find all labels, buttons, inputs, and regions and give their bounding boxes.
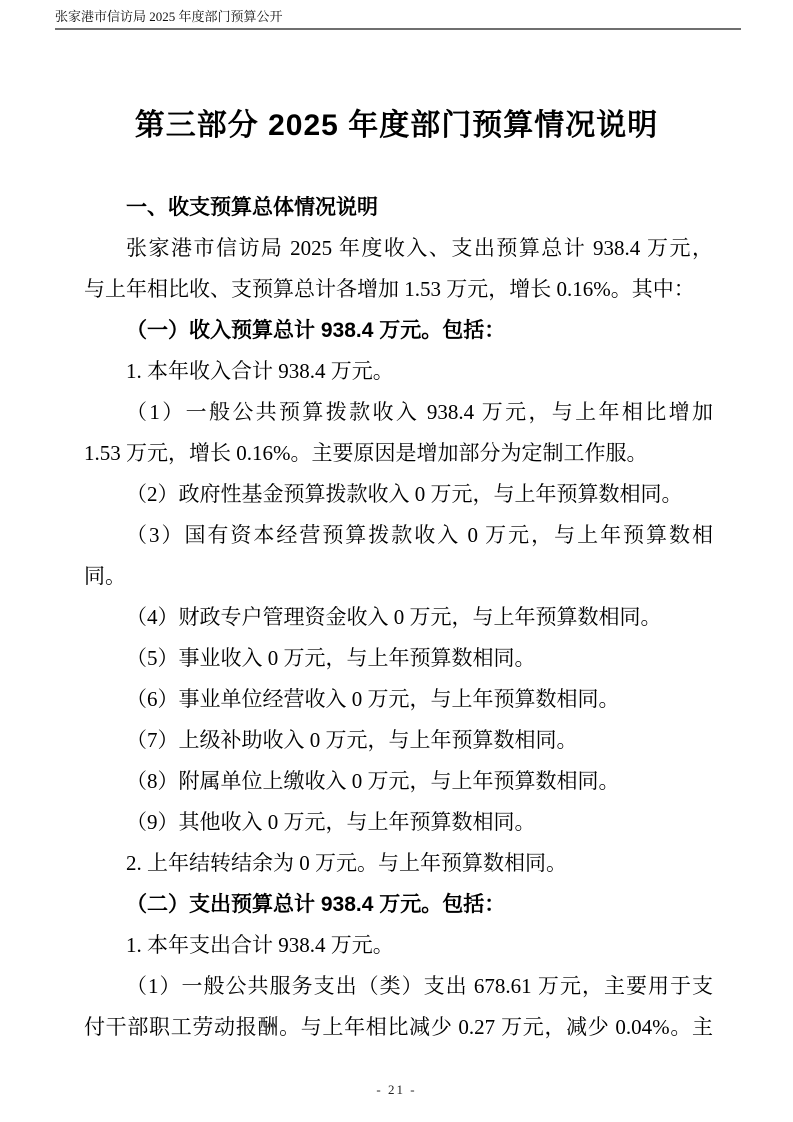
body-text-line: 1. 本年收入合计 938.4 万元。 xyxy=(84,351,713,392)
body-text-line: （3）国有资本经营预算拨款收入 0 万元，与上年预算数相 xyxy=(84,515,713,556)
page-number: - 21 - xyxy=(376,1082,416,1097)
body-text-line: 付干部职工劳动报酬。与上年相比减少 0.27 万元，减少 0.04%。主 xyxy=(84,1007,713,1048)
body-text-line: （5）事业收入 0 万元，与上年预算数相同。 xyxy=(84,638,713,679)
body-text-line: （7）上级补助收入 0 万元，与上年预算数相同。 xyxy=(84,720,713,761)
page-footer: - 21 - xyxy=(0,1082,793,1098)
document-page: 张家港市信访局 2025 年度部门预算公开 第三部分 2025 年度部门预算情况… xyxy=(0,0,793,1122)
body-text-line: （8）附属单位上缴收入 0 万元，与上年预算数相同。 xyxy=(84,761,713,802)
document-title: 第三部分 2025 年度部门预算情况说明 xyxy=(0,100,793,144)
body-text-line: 张家港市信访局 2025 年度收入、支出预算总计 938.4 万元， xyxy=(84,228,713,269)
body-text-line: （2）政府性基金预算拨款收入 0 万元，与上年预算数相同。 xyxy=(84,474,713,515)
header-doc-label: 张家港市信访局 2025 年度部门预算公开 xyxy=(55,9,283,24)
subsection-heading: （一）收入预算总计 938.4 万元。包括： xyxy=(84,310,713,351)
page-header: 张家港市信访局 2025 年度部门预算公开 xyxy=(55,9,741,30)
body-text-line: 1. 本年支出合计 938.4 万元。 xyxy=(84,925,713,966)
body-text-line: （9）其他收入 0 万元，与上年预算数相同。 xyxy=(84,802,713,843)
body-text-line: 同。 xyxy=(84,556,713,597)
body-text-line: （1）一般公共预算拨款收入 938.4 万元，与上年相比增加 xyxy=(84,392,713,433)
body-text-line: （1）一般公共服务支出（类）支出 678.61 万元，主要用于支 xyxy=(84,966,713,1007)
document-body: 一、收支预算总体情况说明 张家港市信访局 2025 年度收入、支出预算总计 93… xyxy=(84,187,713,1048)
body-text-line: 2. 上年结转结余为 0 万元。与上年预算数相同。 xyxy=(84,843,713,884)
body-text-line: 与上年相比收、支预算总计各增加 1.53 万元，增长 0.16%。其中： xyxy=(84,269,713,310)
body-text-line: （6）事业单位经营收入 0 万元，与上年预算数相同。 xyxy=(84,679,713,720)
section-heading: 一、收支预算总体情况说明 xyxy=(84,187,713,228)
body-text-line: 1.53 万元，增长 0.16%。主要原因是增加部分为定制工作服。 xyxy=(84,433,713,474)
subsection-heading: （二）支出预算总计 938.4 万元。包括： xyxy=(84,884,713,925)
body-text-line: （4）财政专户管理资金收入 0 万元，与上年预算数相同。 xyxy=(84,597,713,638)
